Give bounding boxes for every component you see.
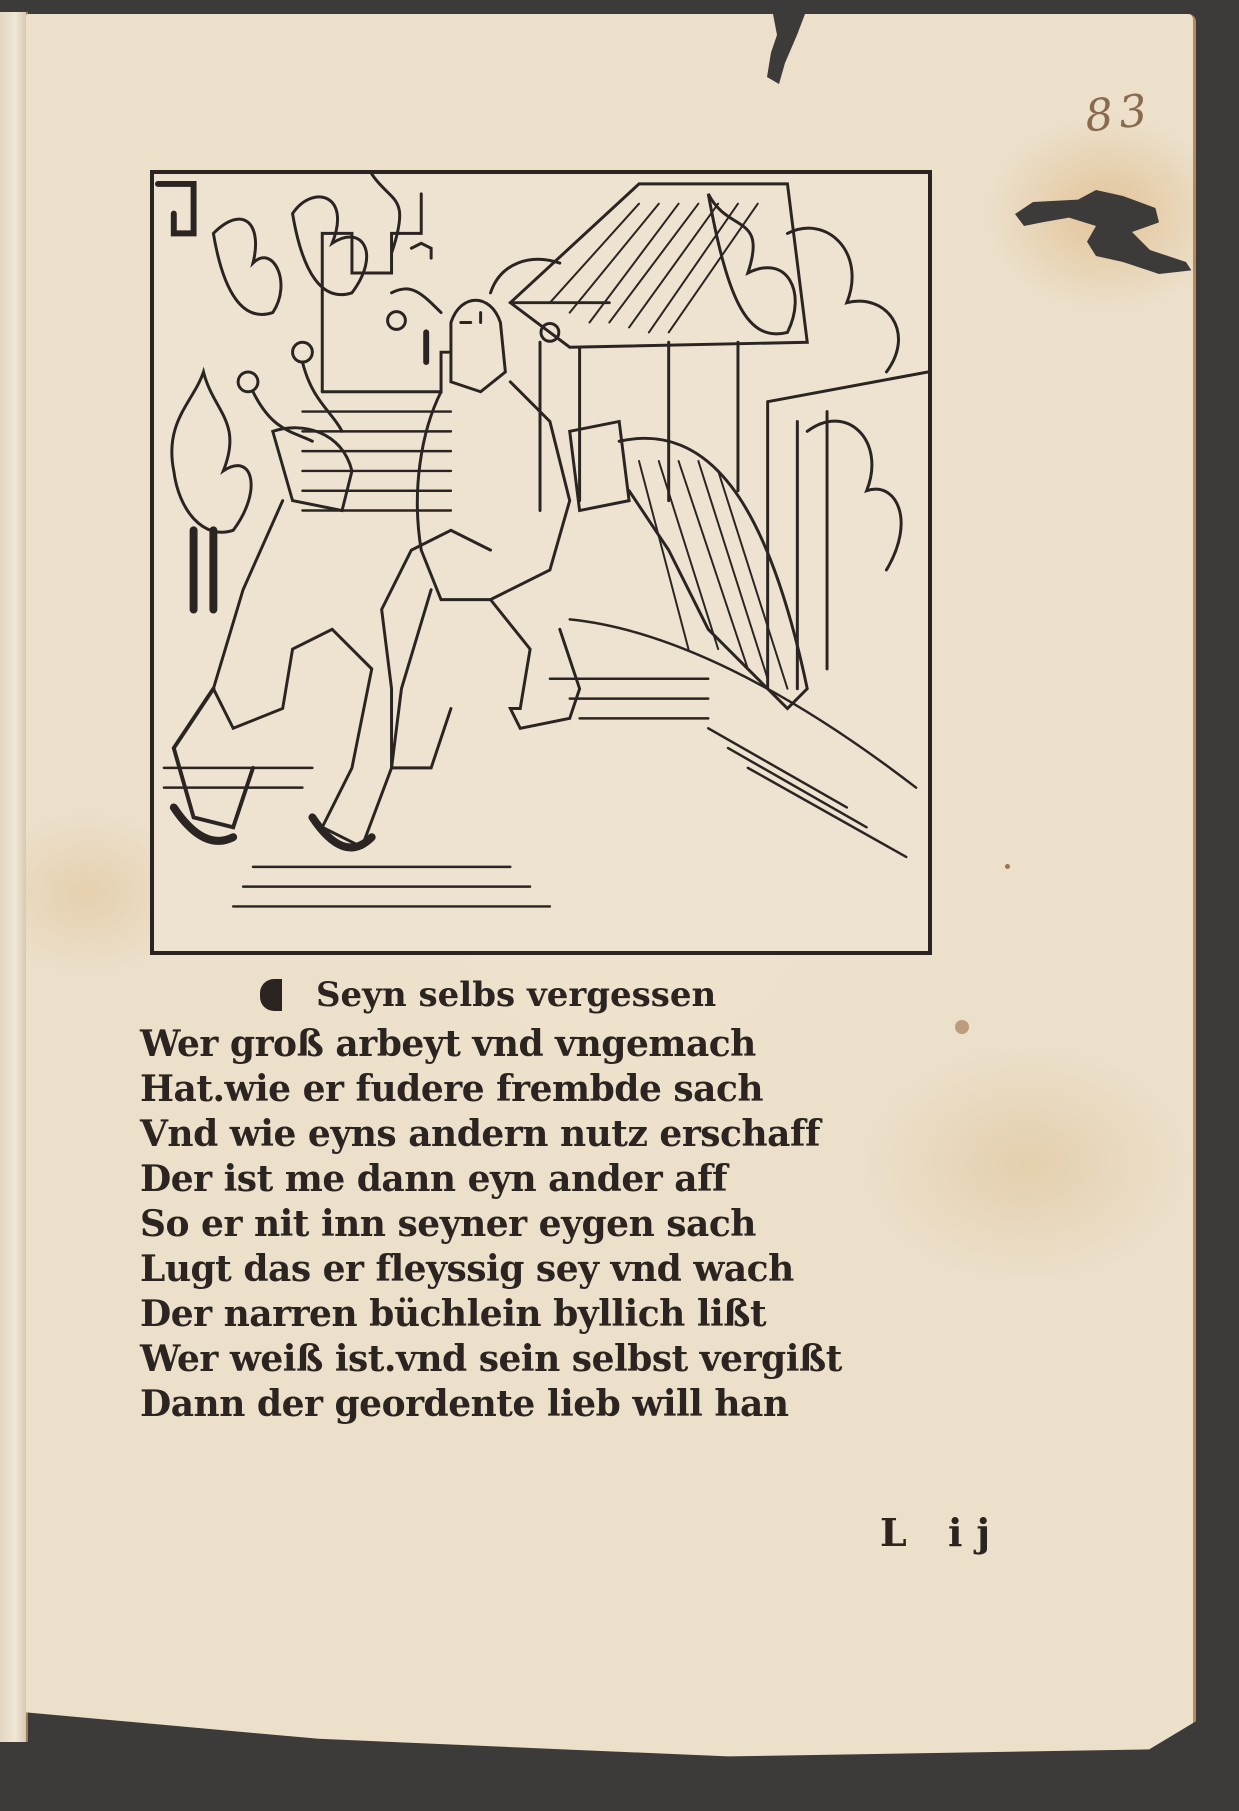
verse-line-2: Hat.wie er fudere frembde sach: [140, 1067, 900, 1112]
chapter-title-text: Seyn selbs vergessen: [316, 975, 716, 1015]
chapter-title: Seyn selbs vergessen: [260, 968, 900, 1022]
verse-line-1: Wer groß arbeyt vnd vngemach: [140, 1022, 900, 1067]
verse-line-7: Der narren büchlein byllich lißt: [140, 1292, 900, 1337]
ink-speck: [1005, 864, 1010, 869]
handwritten-folio-number: 83: [1083, 85, 1156, 143]
verse-line-3: Vnd wie eyns andern nutz erschaff: [140, 1112, 900, 1157]
foxing-spot: [955, 1020, 969, 1034]
facing-page-edge: [0, 12, 28, 1742]
woodcut-drawing: [154, 174, 928, 951]
woodcut-illustration: [150, 170, 932, 955]
verse-text-block: Seyn selbs vergessen Wer groß arbeyt vnd…: [140, 968, 900, 1427]
verse-line-6: Lugt das er fleyssig sey vnd wach: [140, 1247, 900, 1292]
verse-line-9: Dann der geordente lieb will han: [140, 1382, 900, 1427]
signature-mark: L ij: [880, 1510, 1004, 1555]
verse-line-5: So er nit inn seyner eygen sach: [140, 1202, 900, 1247]
verse-line-8: Wer weiß ist.vnd sein selbst vergißt: [140, 1337, 900, 1382]
paragraph-mark-icon: [260, 979, 282, 1011]
verse-line-4: Der ist me dann eyn ander aff: [140, 1157, 900, 1202]
